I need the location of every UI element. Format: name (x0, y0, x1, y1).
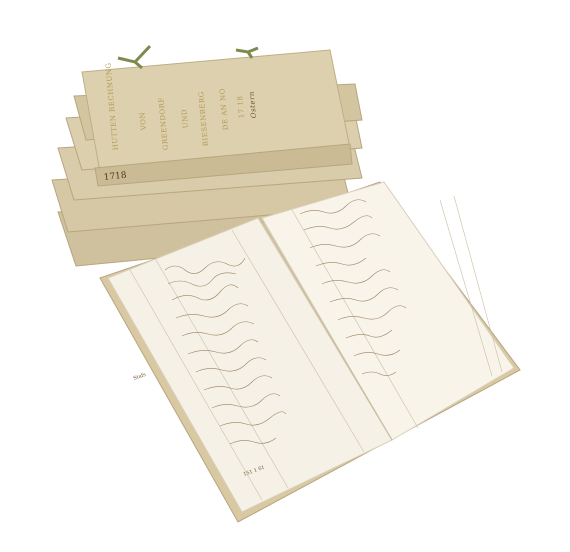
cover-title-line: UND (180, 109, 190, 129)
photo-scene: HUTTEN RECHNUNG VON GREENDORF UND BIESEN… (0, 0, 570, 552)
cover-title-line: VON (138, 112, 148, 132)
margin-note: Stafs (133, 372, 148, 382)
top-volume: HUTTEN RECHNUNG VON GREENDORF UND BIESEN… (82, 46, 352, 186)
cloth-tie-left (118, 46, 150, 68)
